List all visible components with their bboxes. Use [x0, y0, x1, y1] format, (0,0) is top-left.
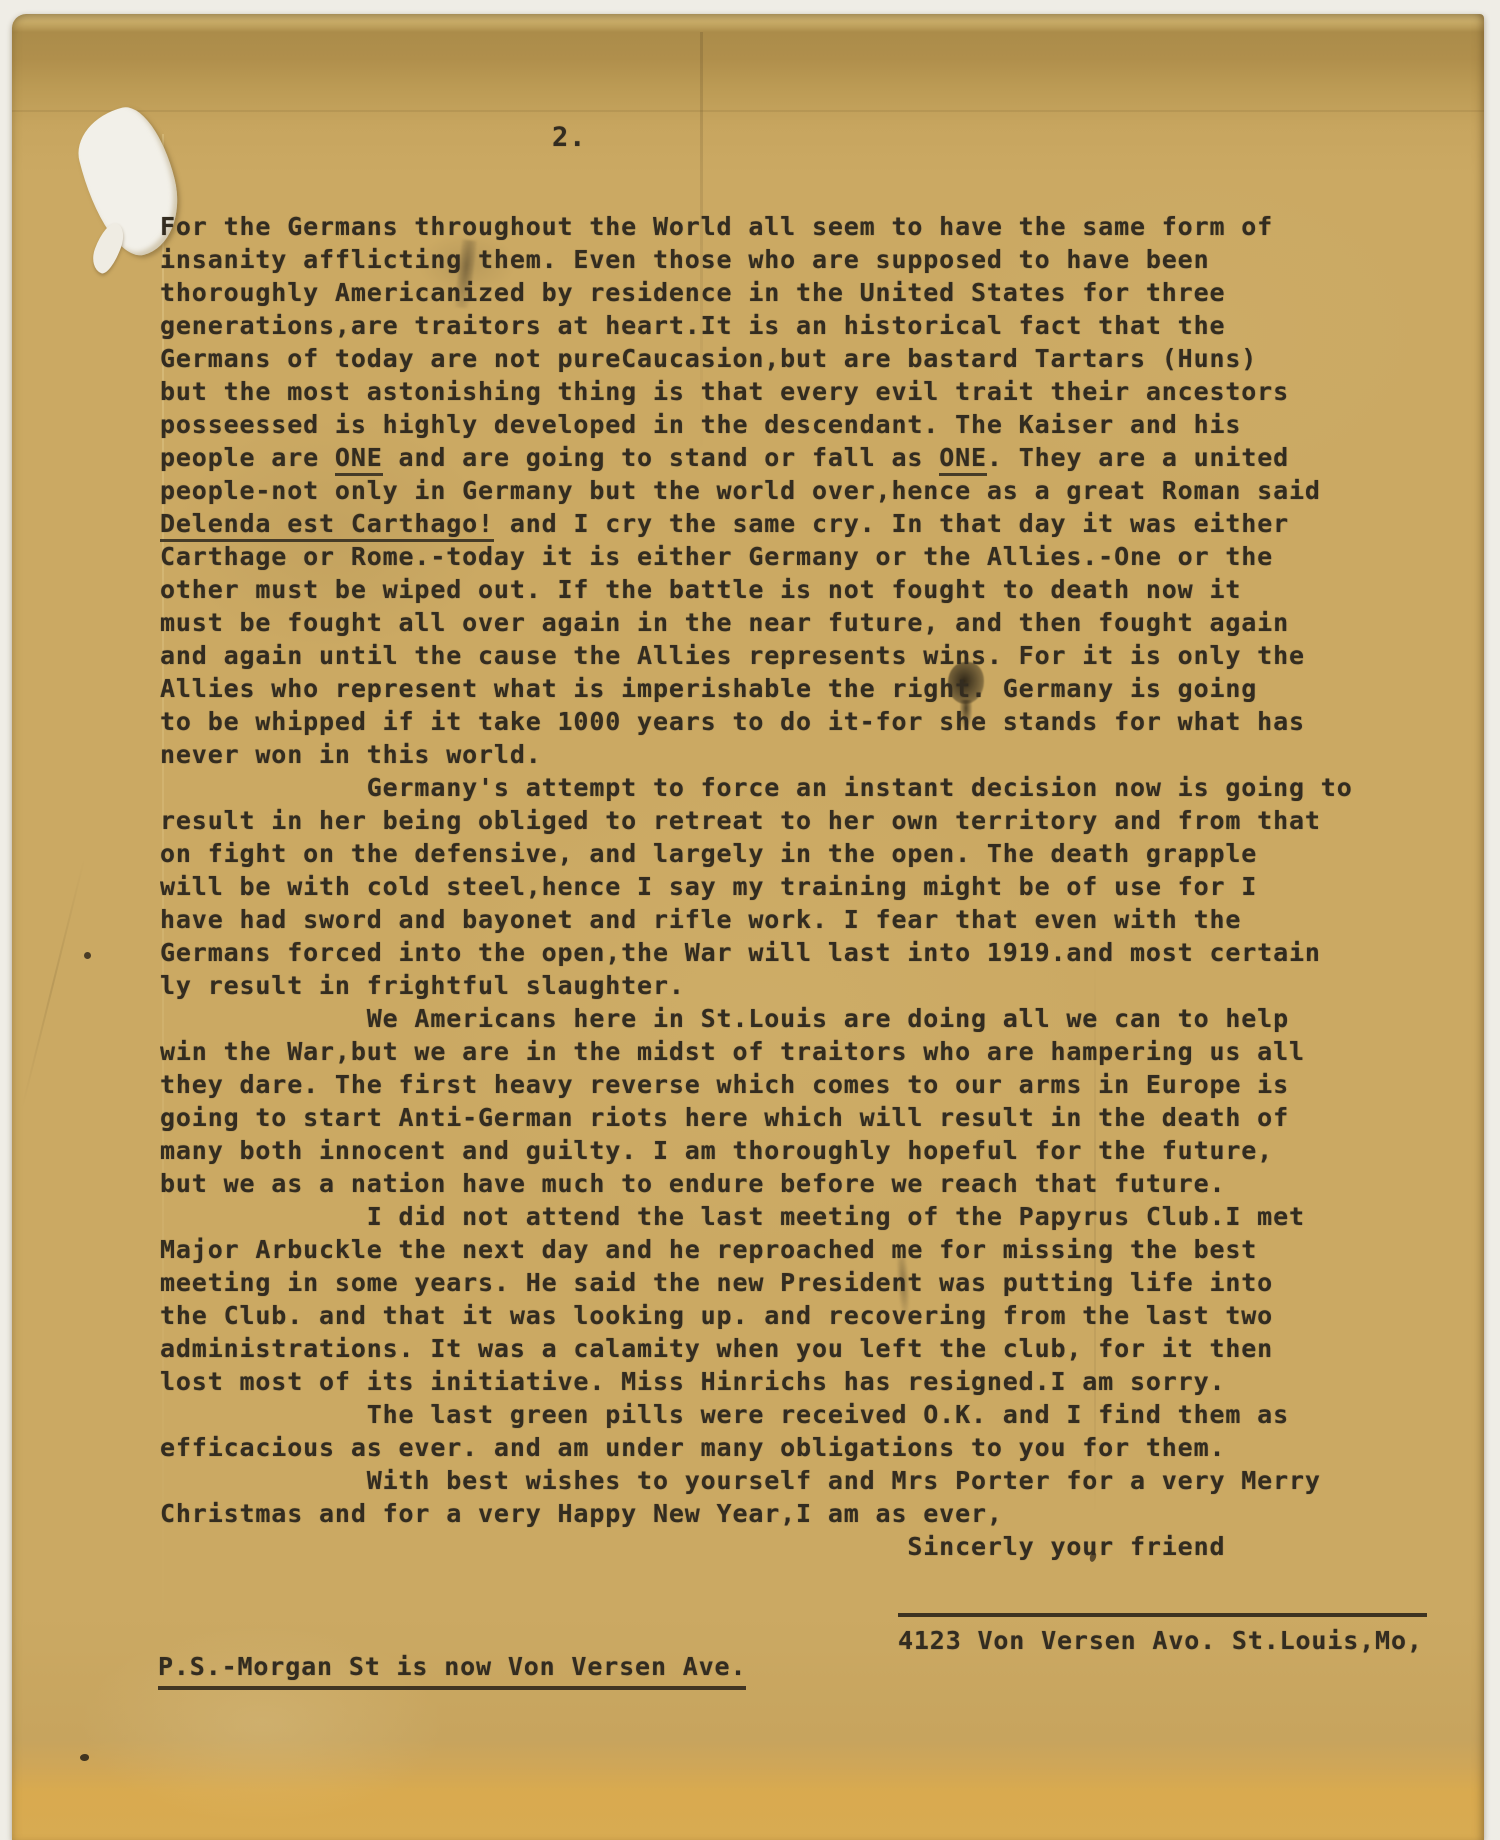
typed-text: posseessed is highly developed in the de…: [160, 410, 1241, 439]
letter-line: administrations. It was a calamity when …: [160, 1332, 1496, 1365]
postscript: P.S.-Morgan St is now Von Versen Ave.: [158, 1652, 746, 1690]
typed-text: I did not attend the last meeting of the…: [160, 1202, 1305, 1231]
typed-text: ly result in frightful slaughter.: [160, 971, 685, 1000]
typed-text: Germans forced into the open,the War wil…: [160, 938, 1321, 967]
typed-text: Germans of today are not pureCaucasion,b…: [160, 344, 1257, 373]
letter-line: they dare. The first heavy reverse which…: [160, 1068, 1496, 1101]
typed-text: have had sword and bayonet and rifle wor…: [160, 905, 1241, 934]
typed-text: but the most astonishing thing is that e…: [160, 377, 1289, 406]
letter-line: Germans of today are not pureCaucasion,b…: [160, 342, 1496, 375]
typed-text: people are: [160, 443, 335, 472]
typed-text: win the War,but we are in the midst of t…: [160, 1037, 1305, 1066]
return-address: 4123 Von Versen Avo. St.Louis,Mo,: [898, 1613, 1427, 1655]
typed-text: going to start Anti-German riots here wh…: [160, 1103, 1289, 1132]
underlined-text: Delenda est Carthago!: [160, 509, 494, 542]
typed-text: lost most of its initiative. Miss Hinric…: [160, 1367, 1225, 1396]
letter-line: but we as a nation have much to endure b…: [160, 1167, 1496, 1200]
typed-text: Germany's attempt to force an instant de…: [160, 773, 1353, 802]
letter-line: people-not only in Germany but the world…: [160, 474, 1496, 507]
letter-line: people are ONE and are going to stand or…: [160, 441, 1496, 474]
letter-line: Allies who represent what is imperishabl…: [160, 672, 1496, 705]
letter-line: Christmas and for a very Happy New Year,…: [160, 1497, 1496, 1530]
typed-text: never won in this world.: [160, 740, 542, 769]
letter-line: the Club. and that it was looking up. an…: [160, 1299, 1496, 1332]
typed-text: insanity afflicting them. Even those who…: [160, 245, 1209, 274]
letter-line: The last green pills were received O.K. …: [160, 1398, 1496, 1431]
typed-text: result in her being obliged to retreat t…: [160, 806, 1321, 835]
typed-text: With best wishes to yourself and Mrs Por…: [160, 1466, 1321, 1495]
letter-line: lost most of its initiative. Miss Hinric…: [160, 1365, 1496, 1398]
letter-line: Sincerly your friend: [160, 1530, 1496, 1563]
typed-text: other must be wiped out. If the battle i…: [160, 575, 1241, 604]
page-number: 2.: [552, 122, 586, 153]
letter-line: many both innocent and guilty. I am thor…: [160, 1134, 1496, 1167]
letter-line: never won in this world.: [160, 738, 1496, 771]
typed-text: We Americans here in St.Louis are doing …: [160, 1004, 1289, 1033]
typed-text: people-not only in Germany but the world…: [160, 476, 1321, 505]
letter-line: generations,are traitors at heart.It is …: [160, 309, 1496, 342]
letter-line: posseessed is highly developed in the de…: [160, 408, 1496, 441]
typed-text: on fight on the defensive, and largely i…: [160, 839, 1257, 868]
typed-text: and I cry the same cry. In that day it w…: [494, 509, 1289, 538]
letter-body: For the Germans throughout the World all…: [160, 210, 1496, 1570]
letter-line: result in her being obliged to retreat t…: [160, 804, 1496, 837]
letter-line: efficacious as ever. and am under many o…: [160, 1431, 1496, 1464]
letter-line: ly result in frightful slaughter.: [160, 969, 1496, 1002]
letter-line: and again until the cause the Allies rep…: [160, 639, 1496, 672]
typed-text: Carthage or Rome.-today it is either Ger…: [160, 542, 1273, 571]
letter-line: on fight on the defensive, and largely i…: [160, 837, 1496, 870]
letter-line: other must be wiped out. If the battle i…: [160, 573, 1496, 606]
typed-text: must be fought all over again in the nea…: [160, 608, 1289, 637]
diagonal-crease: [21, 858, 86, 1111]
typed-text: will be with cold steel,hence I say my t…: [160, 872, 1257, 901]
typed-text: they dare. The first heavy reverse which…: [160, 1070, 1289, 1099]
letter-line: going to start Anti-German riots here wh…: [160, 1101, 1496, 1134]
typed-text: to be whipped if it take 1000 years to d…: [160, 707, 1305, 736]
letter-line: will be with cold steel,hence I say my t…: [160, 870, 1496, 903]
letter-line: We Americans here in St.Louis are doing …: [160, 1002, 1496, 1035]
letter-line: With best wishes to yourself and Mrs Por…: [160, 1464, 1496, 1497]
letter-line: must be fought all over again in the nea…: [160, 606, 1496, 639]
letter-line: Major Arbuckle the next day and he repro…: [160, 1233, 1496, 1266]
horizontal-crease: [12, 110, 1484, 112]
letter-line: thoroughly Americanized by residence in …: [160, 276, 1496, 309]
typed-text: administrations. It was a calamity when …: [160, 1334, 1273, 1363]
letter-line: Carthage or Rome.-today it is either Ger…: [160, 540, 1496, 573]
typed-text: Major Arbuckle the next day and he repro…: [160, 1235, 1257, 1264]
letter-line: I did not attend the last meeting of the…: [160, 1200, 1496, 1233]
letter-line: to be whipped if it take 1000 years to d…: [160, 705, 1496, 738]
letter-line: Germans forced into the open,the War wil…: [160, 936, 1496, 969]
typed-text: Christmas and for a very Happy New Year,…: [160, 1499, 1003, 1528]
letter-line: but the most astonishing thing is that e…: [160, 375, 1496, 408]
typed-text: the Club. and that it was looking up. an…: [160, 1301, 1273, 1330]
letter-line: Germany's attempt to force an instant de…: [160, 771, 1496, 804]
typed-text: Allies who represent what is imperishabl…: [160, 674, 1257, 703]
typed-text: Sincerly your friend: [160, 1532, 1225, 1561]
typed-text: thoroughly Americanized by residence in …: [160, 278, 1225, 307]
underlined-text: ONE: [939, 443, 987, 476]
letter-line: Delenda est Carthago! and I cry the same…: [160, 507, 1496, 540]
letter-line: meeting in some years. He said the new P…: [160, 1266, 1496, 1299]
typed-text: meeting in some years. He said the new P…: [160, 1268, 1273, 1297]
typed-text: but we as a nation have much to endure b…: [160, 1169, 1225, 1198]
typed-text: many both innocent and guilty. I am thor…: [160, 1136, 1273, 1165]
typed-text: For the Germans throughout the World all…: [160, 212, 1273, 241]
typed-text: and are going to stand or fall as: [383, 443, 940, 472]
letter-line: For the Germans throughout the World all…: [160, 210, 1496, 243]
typed-text: . They are a united: [987, 443, 1289, 472]
typed-text: generations,are traitors at heart.It is …: [160, 311, 1225, 340]
underlined-text: ONE: [335, 443, 383, 476]
letter-line: win the War,but we are in the midst of t…: [160, 1035, 1496, 1068]
typed-text: and again until the cause the Allies rep…: [160, 641, 1305, 670]
letter-line: insanity afflicting them. Even those who…: [160, 243, 1496, 276]
typed-text: efficacious as ever. and am under many o…: [160, 1433, 1225, 1462]
typed-text: The last green pills were received O.K. …: [160, 1400, 1289, 1429]
letter-line: have had sword and bayonet and rifle wor…: [160, 903, 1496, 936]
